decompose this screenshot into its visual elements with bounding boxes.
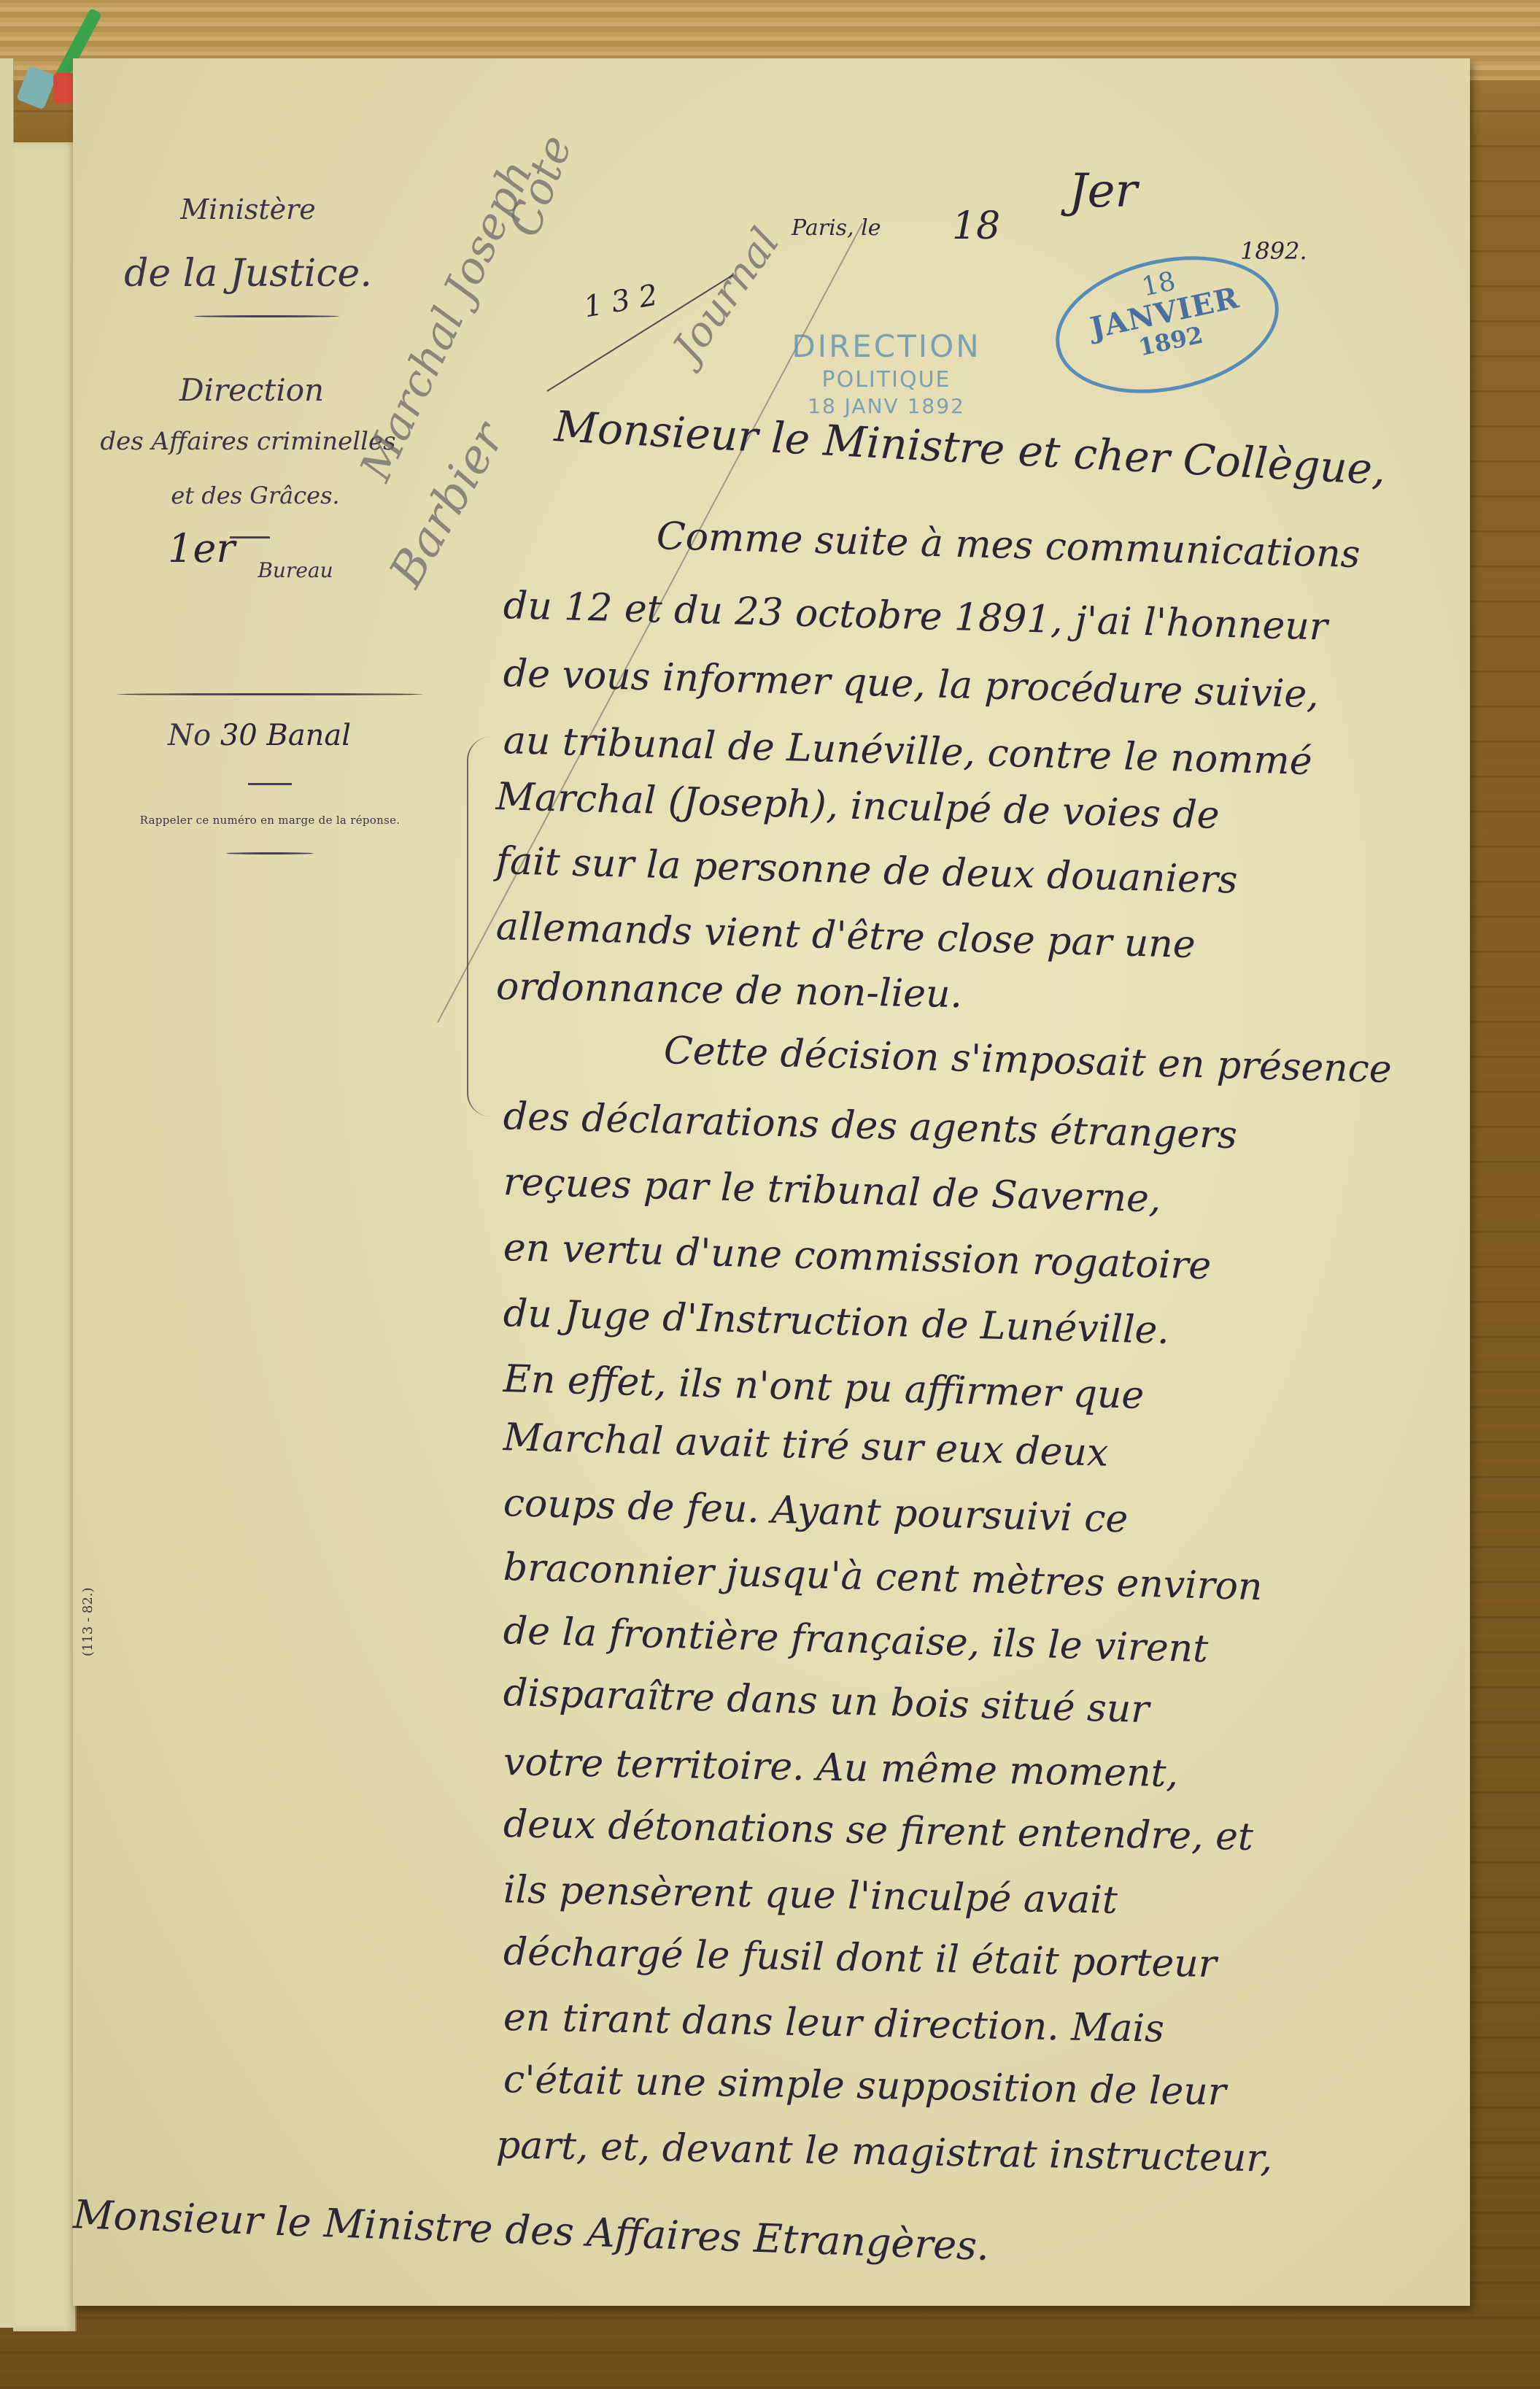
- stamp-line-2: POLITIQUE: [751, 367, 1021, 393]
- letterhead-ministere: Ministère: [124, 193, 372, 225]
- pencil-margin-bracket: [467, 737, 490, 1116]
- short-rule: [248, 783, 292, 785]
- ornamental-rule: [193, 315, 339, 317]
- date-place: Paris, le: [792, 215, 881, 241]
- letterhead-bureau: Bureau: [124, 558, 423, 582]
- form-code: (113 - 82.): [80, 1587, 96, 1656]
- stamp-line-1: DIRECTION: [751, 328, 1021, 364]
- file-number: No 30 Banal: [95, 719, 518, 752]
- letterhead-direction: Direction: [124, 372, 379, 408]
- binder-inner-page: [13, 142, 77, 2331]
- file-number-value: 30 Banal: [220, 719, 351, 752]
- body-line: ordonnance de non-lieu.: [495, 965, 962, 1016]
- direction-politique-stamp: DIRECTION POLITIQUE 18 JANV 1892: [751, 328, 1021, 418]
- date-day: 18: [952, 204, 1000, 248]
- red-ribbon: [53, 73, 75, 104]
- date-month: Jer: [1069, 164, 1137, 218]
- reply-instruction: Rappeler ce numéro en marge de la répons…: [109, 814, 430, 827]
- file-number-label: No: [168, 719, 211, 752]
- ornamental-rule: [117, 693, 423, 695]
- ornamental-rule: [226, 852, 314, 854]
- letterhead-graces: et des Grâces.: [109, 482, 401, 509]
- letterhead-justice: de la Justice.: [66, 252, 430, 296]
- binder-outer-page: [0, 58, 14, 2328]
- short-rule: [230, 536, 270, 539]
